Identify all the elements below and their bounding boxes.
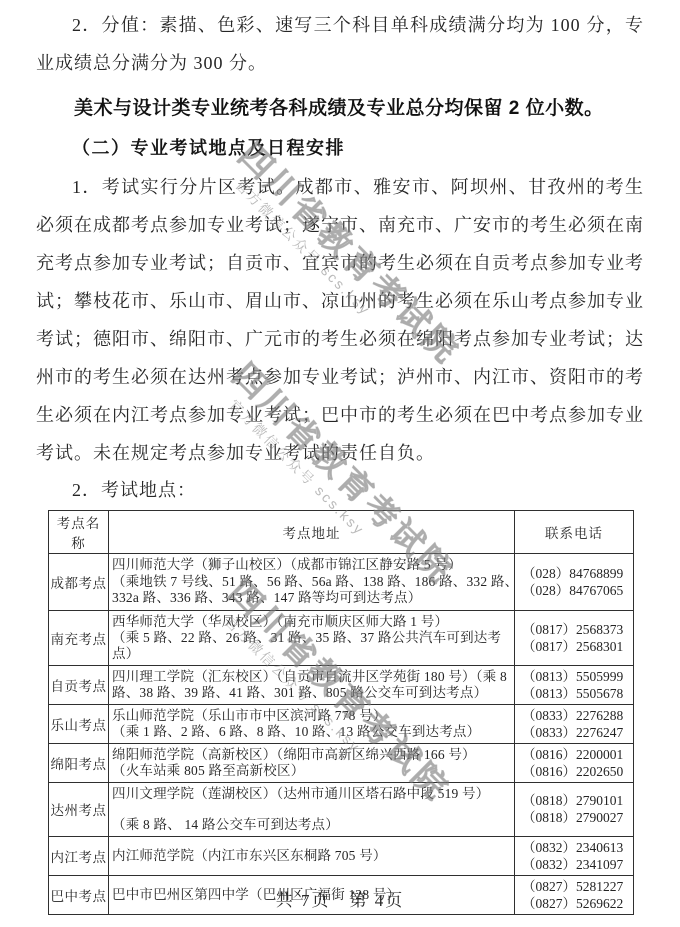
table-row: 成都考点 四川师范大学（狮子山校区）（成都市锦江区静安路 5 号）（乘地铁 7 … (49, 554, 634, 611)
site-address: 四川文理学院（莲湖校区）（达州市通川区塔石路中段 519 号）（乘 8 路、 1… (109, 782, 515, 836)
document-content: 2．分值：素描、色彩、速写三个科目单科成绩满分均为 100 分，专业成绩总分满分… (0, 0, 680, 915)
site-phones: （0817）2568373（0817）2568301 (515, 610, 634, 665)
header-site-name: 考点名称 (49, 511, 109, 554)
paragraph-score-rule: 2．分值：素描、色彩、速写三个科目单科成绩满分均为 100 分，专业成绩总分满分… (36, 6, 644, 82)
site-phones: （0816）2200001（0816）2202650 (515, 743, 634, 782)
document-page: 2．分值：素描、色彩、速写三个科目单科成绩满分均为 100 分，专业成绩总分满分… (0, 0, 680, 927)
site-address: 乐山师范学院（乐山市市中区滨河路 778 号）（乘 1 路、2 路、6 路、8 … (109, 704, 515, 743)
site-name: 内江考点 (49, 836, 109, 875)
page-number-footer: 共 7页 第 4页 (0, 886, 680, 911)
site-phones: （0832）2340613（0832）2341097 (515, 836, 634, 875)
table-row: 南充考点 西华师范大学（华凤校区）（南充市顺庆区师大路 1 号）（乘 5 路、2… (49, 610, 634, 665)
table-row: 内江考点 内江师范学院（内江市东兴区东桐路 705 号） （0832）23406… (49, 836, 634, 875)
paragraph-district-rule: 1．考试实行分片区考试。成都市、雅安市、阿坝州、甘孜州的考生必须在成都考点参加专… (36, 168, 644, 472)
site-phones: （0818）2790101（0818）2790027 (515, 782, 634, 836)
site-address: 四川师范大学（狮子山校区）（成都市锦江区静安路 5 号）（乘地铁 7 号线、51… (109, 554, 515, 611)
site-phones: （0833）2276288（0833）2276247 (515, 704, 634, 743)
section-heading: （二）专业考试地点及日程安排 (36, 132, 644, 164)
site-address: 四川理工学院（汇东校区）（自贡市自流井区学苑街 180 号）（乘 8路、38 路… (109, 665, 515, 704)
paragraph-decimal-rule: 美术与设计类专业统考各科成绩及专业总分均保留 2 位小数。 (36, 94, 644, 124)
table-row: 自贡考点 四川理工学院（汇东校区）（自贡市自流井区学苑街 180 号）（乘 8路… (49, 665, 634, 704)
site-name: 乐山考点 (49, 704, 109, 743)
header-site-phone: 联系电话 (515, 511, 634, 554)
header-site-address: 考点地址 (109, 511, 515, 554)
table-row: 达州考点 四川文理学院（莲湖校区）（达州市通川区塔石路中段 519 号）（乘 8… (49, 782, 634, 836)
site-name: 成都考点 (49, 554, 109, 611)
site-address: 西华师范大学（华凤校区）（南充市顺庆区师大路 1 号）（乘 5 路、22 路、2… (109, 610, 515, 665)
site-name: 绵阳考点 (49, 743, 109, 782)
site-phones: （0813）5505999（0813）5505678 (515, 665, 634, 704)
site-phones: （028）84768899（028）84767065 (515, 554, 634, 611)
site-name: 达州考点 (49, 782, 109, 836)
site-name: 自贡考点 (49, 665, 109, 704)
exam-sites-table: 考点名称 考点地址 联系电话 成都考点 四川师范大学（狮子山校区）（成都市锦江区… (48, 510, 634, 915)
site-name: 南充考点 (49, 610, 109, 665)
site-address: 内江师范学院（内江市东兴区东桐路 705 号） (109, 836, 515, 875)
site-address: 绵阳师范学院（高新校区）（绵阳市高新区绵兴西路 166 号）（火车站乘 805 … (109, 743, 515, 782)
table-header-row: 考点名称 考点地址 联系电话 (49, 511, 634, 554)
table-row: 绵阳考点 绵阳师范学院（高新校区）（绵阳市高新区绵兴西路 166 号）（火车站乘… (49, 743, 634, 782)
table-row: 乐山考点 乐山师范学院（乐山市市中区滨河路 778 号）（乘 1 路、2 路、6… (49, 704, 634, 743)
exam-table-body: 成都考点 四川师范大学（狮子山校区）（成都市锦江区静安路 5 号）（乘地铁 7 … (49, 554, 634, 915)
table-caption: 2．考试地点： (36, 472, 644, 508)
